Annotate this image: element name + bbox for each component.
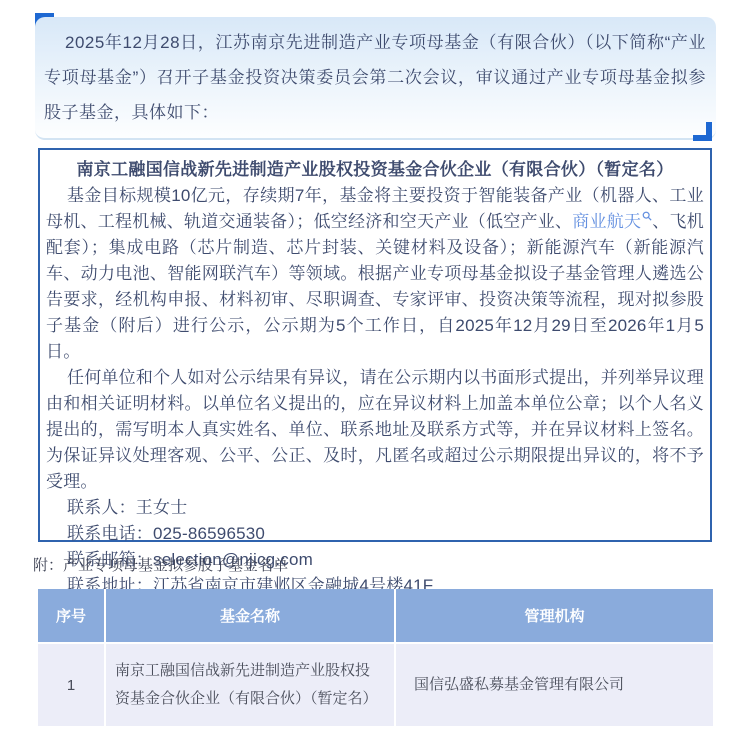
commercial-aerospace-link[interactable]: 商业航天: [572, 212, 652, 231]
row-manager: 国信弘盛私募基金管理有限公司: [395, 643, 713, 726]
announcement-paragraph-2: 任何单位和个人如对公示结果有异议，请在公示期内以书面形式提出，并列举异议理由和相…: [46, 365, 704, 495]
announcement-paragraph-1: 基金目标规模10亿元，存续期7年，基金将主要投资于智能装备产业（机器人、工业母机…: [46, 183, 704, 365]
corner-bracket-bottom-right: [693, 122, 712, 141]
contact-phone: 联系电话：025-86596530: [46, 521, 704, 547]
header-fund-name: 基金名称: [105, 589, 395, 643]
contact-person: 联系人：王女士: [46, 495, 704, 521]
table-row: 1 南京工融国信战新先进制造产业股权投资基金合伙企业（有限合伙）（暂定名） 国信…: [38, 643, 713, 726]
paragraph-1-text-after: 、飞机配套）；集成电路（芯片制造、芯片封装、关键材料及设备）；新能源汽车（新能源…: [46, 212, 704, 361]
row-fund-name: 南京工融国信战新先进制造产业股权投资基金合伙企业（有限合伙）（暂定名）: [105, 643, 395, 726]
fund-list-table: 序号 基金名称 管理机构 1 南京工融国信战新先进制造产业股权投资基金合伙企业（…: [38, 589, 713, 726]
header-serial-number: 序号: [38, 589, 105, 643]
row-serial-number: 1: [38, 643, 105, 726]
attachment-caption: 附：产业专项母基金拟参股子基金名单: [33, 556, 288, 576]
header-manager: 管理机构: [395, 589, 713, 643]
fund-title: 南京工融国信战新先进制造产业股权投资基金合伙企业（有限合伙）（暂定名）: [46, 157, 704, 183]
link-label[interactable]: 商业航天: [572, 212, 641, 231]
table-header-row: 序号 基金名称 管理机构: [38, 589, 713, 643]
intro-paragraph: 2025年12月28日，江苏南京先进制造产业专项母基金（有限合伙）（以下简称“产…: [44, 25, 706, 130]
intro-highlight-box: 2025年12月28日，江苏南京先进制造产业专项母基金（有限合伙）（以下简称“产…: [35, 17, 716, 140]
search-icon: [642, 211, 652, 221]
article-page: 2025年12月28日，江苏南京先进制造产业专项母基金（有限合伙）（以下简称“产…: [0, 0, 750, 735]
announcement-box: 南京工融国信战新先进制造产业股权投资基金合伙企业（有限合伙）（暂定名） 基金目标…: [38, 148, 712, 542]
